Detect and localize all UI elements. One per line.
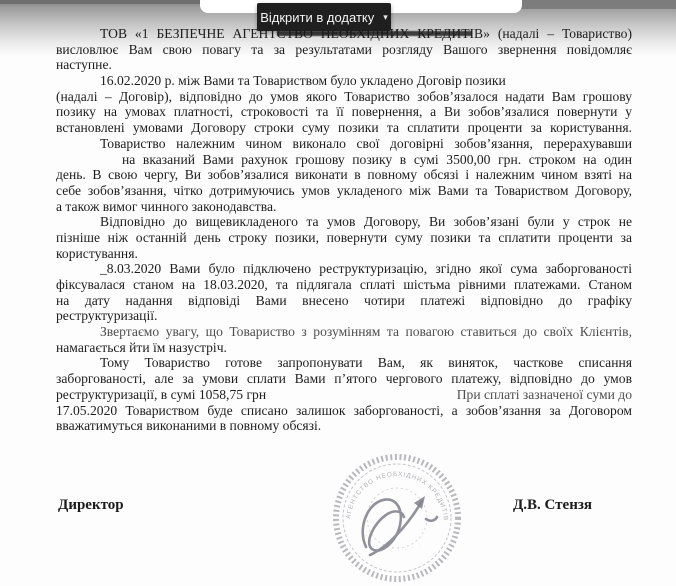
doc-line: Відповідно до вищевикладеного та умов До… bbox=[56, 214, 632, 230]
doc-line: день. В свою чергу, Ви зобов’язалися вик… bbox=[56, 167, 632, 183]
top-right-strip bbox=[518, 0, 676, 9]
director-label: Директор bbox=[58, 497, 124, 514]
doc-line-right: При сплаті зазначеної суми до bbox=[457, 387, 632, 403]
doc-line: заборгованості, але за умови сплати Вами… bbox=[56, 371, 632, 387]
letter-body: ТОВ «1 БЕЗПЕЧНЕ АГЕНТСТВО НЕОБХІДНИХ КРЕ… bbox=[56, 26, 632, 434]
doc-line: позику на умовах платності, строковості … bbox=[56, 104, 632, 120]
chevron-down-icon: ▾ bbox=[383, 13, 388, 22]
signature-row: Директор Д.В. Стензя bbox=[58, 497, 592, 514]
stamp-bottom-dots: · · · · · · · · · bbox=[363, 533, 424, 554]
doc-line: Звертаємо увагу, що Товариство з розумін… bbox=[56, 324, 632, 340]
doc-line: себе зобов’язання, чітко дотримуючись ум… bbox=[56, 183, 632, 199]
doc-line: (надалі – Договір), відповідно до умов я… bbox=[56, 89, 632, 105]
doc-line: користування. bbox=[56, 246, 632, 262]
doc-line: вважатимуться виконаними в повному обсяз… bbox=[56, 418, 632, 434]
doc-line: реструктуризації. bbox=[56, 308, 632, 324]
doc-line: наступне. bbox=[56, 57, 632, 73]
doc-line: 16.02.2020 р. між Вами та Товариством бу… bbox=[56, 73, 632, 89]
doc-line: а також вимог чинного законодавства. bbox=[56, 199, 632, 215]
open-in-app-label: Відкрити в додатку bbox=[260, 10, 374, 25]
doc-line: встановлені умовами Договору строки суму… bbox=[56, 120, 632, 136]
document-preview: Відкрити в додатку ▾ ТОВ «1 БЕЗПЕЧНЕ АГЕ… bbox=[0, 0, 676, 586]
company-stamp: АГЕНТСТВО НЕОБХІДНИХ КРЕДИТІВ · · · · · … bbox=[330, 451, 464, 585]
doc-line: _8.03.2020 Вами було підключено реструкт… bbox=[56, 261, 632, 277]
open-in-app-button[interactable]: Відкрити в додатку ▾ bbox=[257, 3, 391, 31]
doc-line: фіксувалася станом на 18.03.2020, та під… bbox=[56, 277, 632, 293]
doc-line: пізніше ніж останній день строку позики,… bbox=[56, 230, 632, 246]
doc-line-left: реструктуризації, в сумі 1058,75 грн bbox=[56, 387, 266, 403]
doc-line: реструктуризації, в сумі 1058,75 грнПри … bbox=[56, 387, 632, 403]
doc-line: намагається йти їм назустріч. bbox=[56, 340, 632, 356]
scan-artifact-line bbox=[277, 31, 472, 36]
doc-line: на дату надання відповіді Вами внесено ч… bbox=[56, 293, 632, 309]
doc-line: на вказаний Вами рахунок грошову позику … bbox=[56, 152, 632, 168]
director-name: Д.В. Стензя bbox=[513, 497, 592, 514]
doc-line: 17.05.2020 Товариством буде списано зали… bbox=[56, 403, 632, 419]
top-left-strip bbox=[0, 0, 206, 4]
doc-line: Товариство належним чином виконало свої … bbox=[56, 136, 632, 152]
doc-line: висловлює Вам свою повагу та за результа… bbox=[56, 42, 632, 58]
doc-line: Тому Товариство готове запропонувати Вам… bbox=[56, 355, 632, 371]
